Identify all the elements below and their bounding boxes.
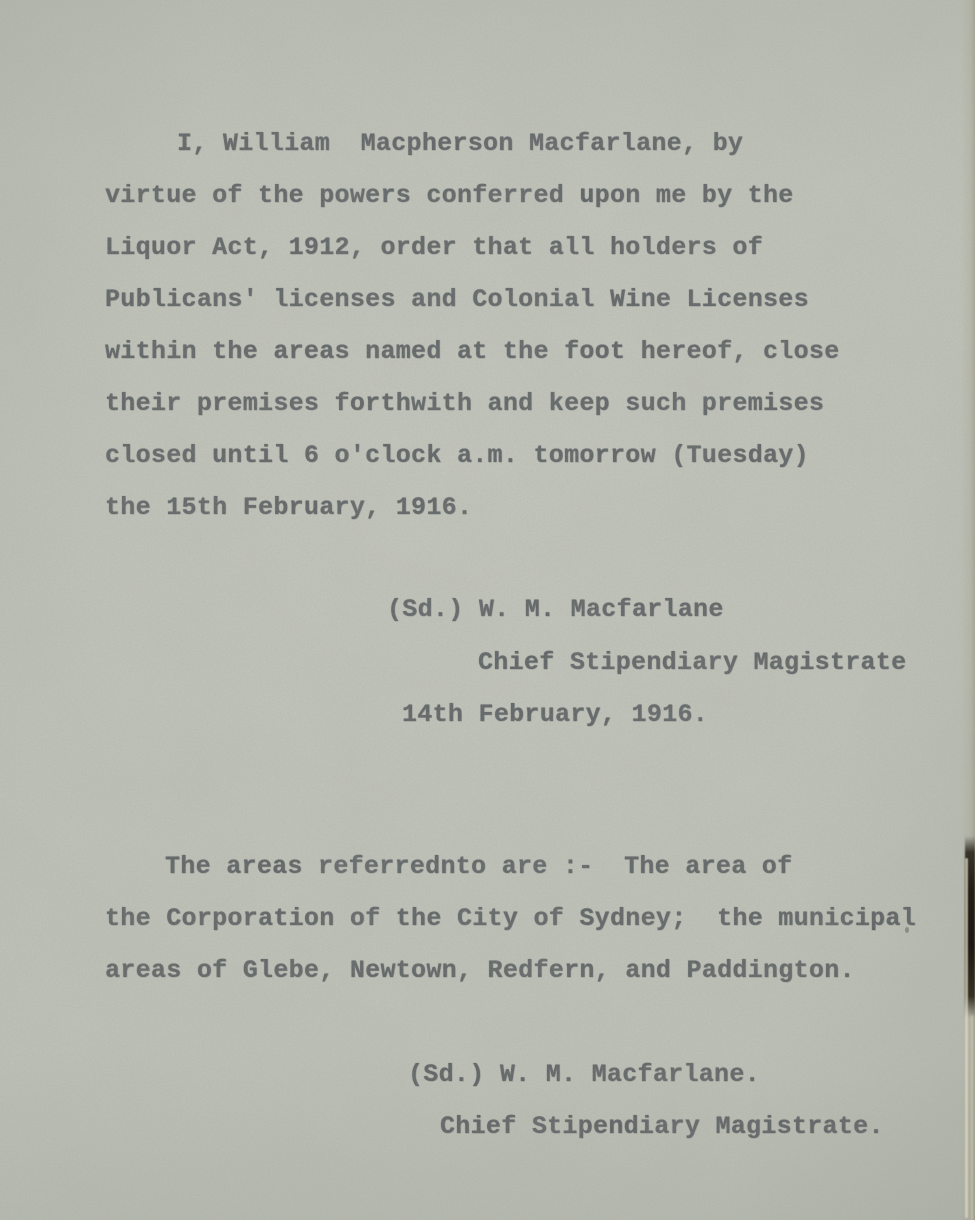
typed-line: The areas referrednto are :- The area of [165, 854, 792, 879]
signatory-title-line: Chief Stipendiary Magistrate. [440, 1114, 884, 1139]
typed-line: within the areas named at the foot hereo… [105, 339, 840, 364]
signature-line: (Sd.) W. M. Macfarlane. [408, 1062, 760, 1087]
typed-line: areas of Glebe, Newtown, Redfern, and Pa… [105, 958, 855, 983]
typed-line: virtue of the powers conferred upon me b… [105, 183, 794, 208]
scan-edge-shadow [965, 836, 975, 1018]
date-line: 14th February, 1916. [402, 702, 708, 727]
typed-line: I, William Macpherson Macfarlane, by [177, 131, 743, 156]
scan-edge-highlight [965, 858, 968, 1218]
typed-line: closed until 6 o'clock a.m. tomorrow (Tu… [105, 443, 809, 468]
signature-line: (Sd.) W. M. Macfarlane [387, 597, 724, 622]
typed-line: the 15th February, 1916. [105, 495, 472, 520]
document-page: I, William Macpherson Macfarlane, by vir… [0, 0, 975, 1220]
typed-line: their premises forthwith and keep such p… [105, 391, 824, 416]
scan-edge-highlight [971, 1015, 973, 1220]
signatory-title-line: Chief Stipendiary Magistrate [478, 650, 906, 675]
typed-line: Liquor Act, 1912, order that all holders… [105, 235, 763, 260]
typed-line: the Corporation of the City of Sydney; t… [105, 906, 916, 931]
typed-line: Publicans' licenses and Colonial Wine Li… [105, 287, 809, 312]
scan-edge-shade [961, 0, 975, 1220]
